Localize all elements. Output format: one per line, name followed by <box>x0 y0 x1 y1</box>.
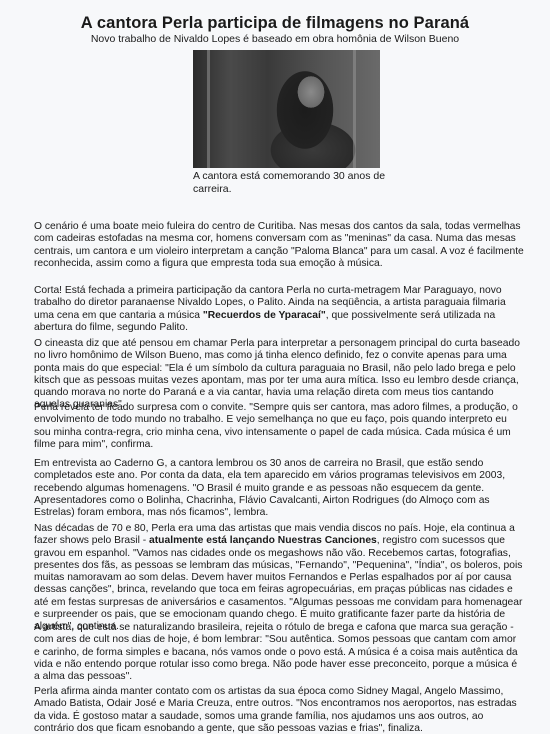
text-run: , registro com sucessos que gravou em es… <box>34 535 522 632</box>
paragraph-3: O cineasta diz que até pensou em chamar … <box>34 338 524 412</box>
paragraph-6: Nas décadas de 70 e 80, Perla era uma da… <box>34 523 524 634</box>
photo-detail <box>353 50 356 168</box>
article-subtitle: Novo trabalho de Nivaldo Lopes é baseado… <box>0 33 550 45</box>
paragraph-8: Perla afirma ainda manter contato com os… <box>34 686 524 734</box>
paragraph-2: Corta! Está fechada a primeira participa… <box>34 285 524 334</box>
paragraph-4: Perla revela ter ficado surpresa com o c… <box>34 402 524 451</box>
photo-detail <box>207 50 210 168</box>
photo-caption: A cantora está comemorando 30 anos de ca… <box>193 170 388 195</box>
album-highlight-bold: atualmente está lançando Nuestras Cancio… <box>149 535 377 546</box>
paragraph-7: A artista, que está se naturalizando bra… <box>34 622 524 683</box>
article-title: A cantora Perla participa de filmagens n… <box>0 14 550 33</box>
song-title-bold: "Recuerdos de Yparacaí" <box>203 310 326 321</box>
singer-photo <box>193 50 380 168</box>
paragraph-1: O cenário é uma boate meio fuleira do ce… <box>34 221 524 270</box>
paragraph-5: Em entrevista ao Caderno G, a cantora le… <box>34 458 524 519</box>
